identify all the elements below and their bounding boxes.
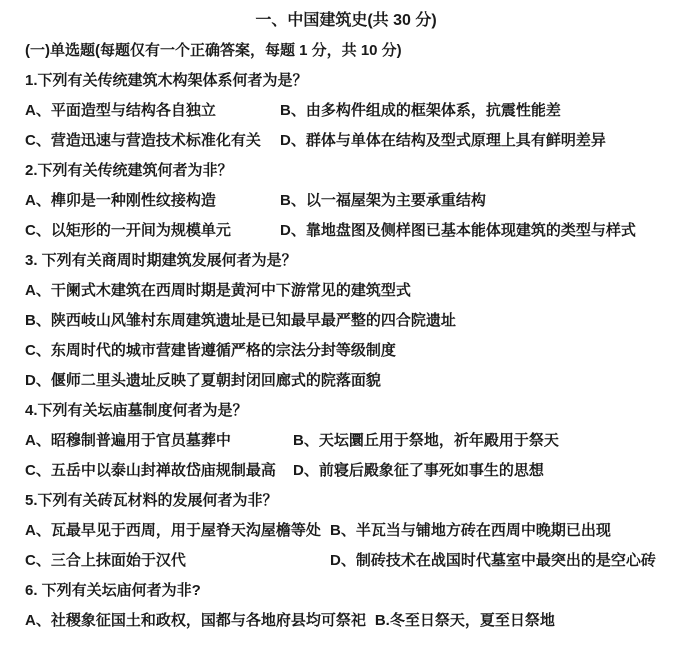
question-1-stem: 1.下列有关传统建筑木构架体系何者为是？ (25, 72, 667, 90)
page-title: 一、中国建筑史(共 30 分) (25, 12, 667, 30)
question-2-option-a: A、榫卯是一种刚性纹接构造 (25, 192, 280, 210)
question-5-option-d: D、制砖技术在战国时代墓室中最突出的是空心砖 (330, 552, 656, 570)
question-5-row-ab: A、瓦最早见于西周，用于屋脊天沟屋檐等处 B、半瓦当与铺地方砖在西周中晚期已出现 (25, 522, 667, 540)
question-4-option-b: B、天坛圜丘用于祭地，祈年殿用于祭天 (293, 432, 559, 450)
question-6: 6. 下列有关坛庙何者为非? A、社稷象征国土和政权，国都与各地府县均可祭祀 B… (25, 582, 667, 630)
question-5: 5.下列有关砖瓦材料的发展何者为非？ A、瓦最早见于西周，用于屋脊天沟屋檐等处 … (25, 492, 667, 570)
question-2-stem: 2.下列有关传统建筑何者为非？ (25, 162, 667, 180)
question-4-row-cd: C、五岳中以泰山封禅故岱庙规制最高 D、前寝后殿象征了事死如事生的思想 (25, 462, 667, 480)
question-3-option-d: D、偃师二里头遗址反映了夏朝封闭回廊式的院落面貌 (25, 372, 667, 390)
question-3-stem: 3. 下列有关商周时期建筑发展何者为是？ (25, 252, 667, 270)
question-4-row-ab: A、昭穆制普遍用于官员墓葬中 B、天坛圜丘用于祭地，祈年殿用于祭天 (25, 432, 667, 450)
question-5-row-cd: C、三合上抹面始于汉代 D、制砖技术在战国时代墓室中最突出的是空心砖 (25, 552, 667, 570)
question-1-row-cd: C、营造迅速与营造技术标准化有关 D、群体与单体在结构及型式原理上具有鲜明差异 (25, 132, 667, 150)
question-2-row-ab: A、榫卯是一种刚性纹接构造 B、以一福屋架为主要承重结构 (25, 192, 667, 210)
question-2-option-d: D、靠地盘图及侧样图已基本能体现建筑的类型与样式 (280, 222, 636, 240)
question-6-option-a: A、社稷象征国土和政权，国都与各地府县均可祭祀 (25, 612, 366, 630)
question-2-option-c: C、以矩形的一开间为规模单元 (25, 222, 280, 240)
question-2-option-b: B、以一福屋架为主要承重结构 (280, 192, 486, 210)
question-4-option-a: A、昭穆制普遍用于官员墓葬中 (25, 432, 293, 450)
question-1-option-a: A、平面造型与结构各自独立 (25, 102, 280, 120)
question-5-option-b: B、半瓦当与铺地方砖在西周中晚期已出现 (330, 522, 611, 540)
question-6-row-ab: A、社稷象征国土和政权，国都与各地府县均可祭祀 B.冬至日祭天，夏至日祭地 (25, 612, 667, 630)
question-1-row-ab: A、平面造型与结构各自独立 B、由多构件组成的框架体系，抗震性能差 (25, 102, 667, 120)
question-2-row-cd: C、以矩形的一开间为规模单元 D、靠地盘图及侧样图已基本能体现建筑的类型与样式 (25, 222, 667, 240)
question-2: 2.下列有关传统建筑何者为非？ A、榫卯是一种刚性纹接构造 B、以一福屋架为主要… (25, 162, 667, 240)
question-1-option-b: B、由多构件组成的框架体系，抗震性能差 (280, 102, 561, 120)
question-4-option-c: C、五岳中以泰山封禅故岱庙规制最高 (25, 462, 293, 480)
question-4: 4.下列有关坛庙墓制度何者为是？ A、昭穆制普遍用于官员墓葬中 B、天坛圜丘用于… (25, 402, 667, 480)
question-3: 3. 下列有关商周时期建筑发展何者为是？ A、干阑式木建筑在西周时期是黄河中下游… (25, 252, 667, 390)
question-3-option-b: B、陕西岐山风雏村东周建筑遗址是已知最早最严整的四合院遗址 (25, 312, 667, 330)
question-5-option-c: C、三合上抹面始于汉代 (25, 552, 330, 570)
section-header: (一)单选题(每题仅有一个正确答案，每题 1 分，共 10 分) (25, 42, 667, 60)
question-4-option-d: D、前寝后殿象征了事死如事生的思想 (293, 462, 544, 480)
question-1-option-c: C、营造迅速与营造技术标准化有关 (25, 132, 280, 150)
question-1: 1.下列有关传统建筑木构架体系何者为是？ A、平面造型与结构各自独立 B、由多构… (25, 72, 667, 150)
question-1-option-d: D、群体与单体在结构及型式原理上具有鲜明差异 (280, 132, 606, 150)
question-6-stem: 6. 下列有关坛庙何者为非? (25, 582, 667, 600)
question-3-option-a: A、干阑式木建筑在西周时期是黄河中下游常见的建筑型式 (25, 282, 667, 300)
question-3-option-c: C、东周时代的城市营建皆遵循严格的宗法分封等级制度 (25, 342, 667, 360)
question-4-stem: 4.下列有关坛庙墓制度何者为是？ (25, 402, 667, 420)
question-5-stem: 5.下列有关砖瓦材料的发展何者为非？ (25, 492, 667, 510)
question-5-option-a: A、瓦最早见于西周，用于屋脊天沟屋檐等处 (25, 522, 330, 540)
exam-page: 一、中国建筑史(共 30 分) (一)单选题(每题仅有一个正确答案，每题 1 分… (0, 0, 689, 655)
question-6-option-b: B.冬至日祭天，夏至日祭地 (375, 612, 555, 630)
